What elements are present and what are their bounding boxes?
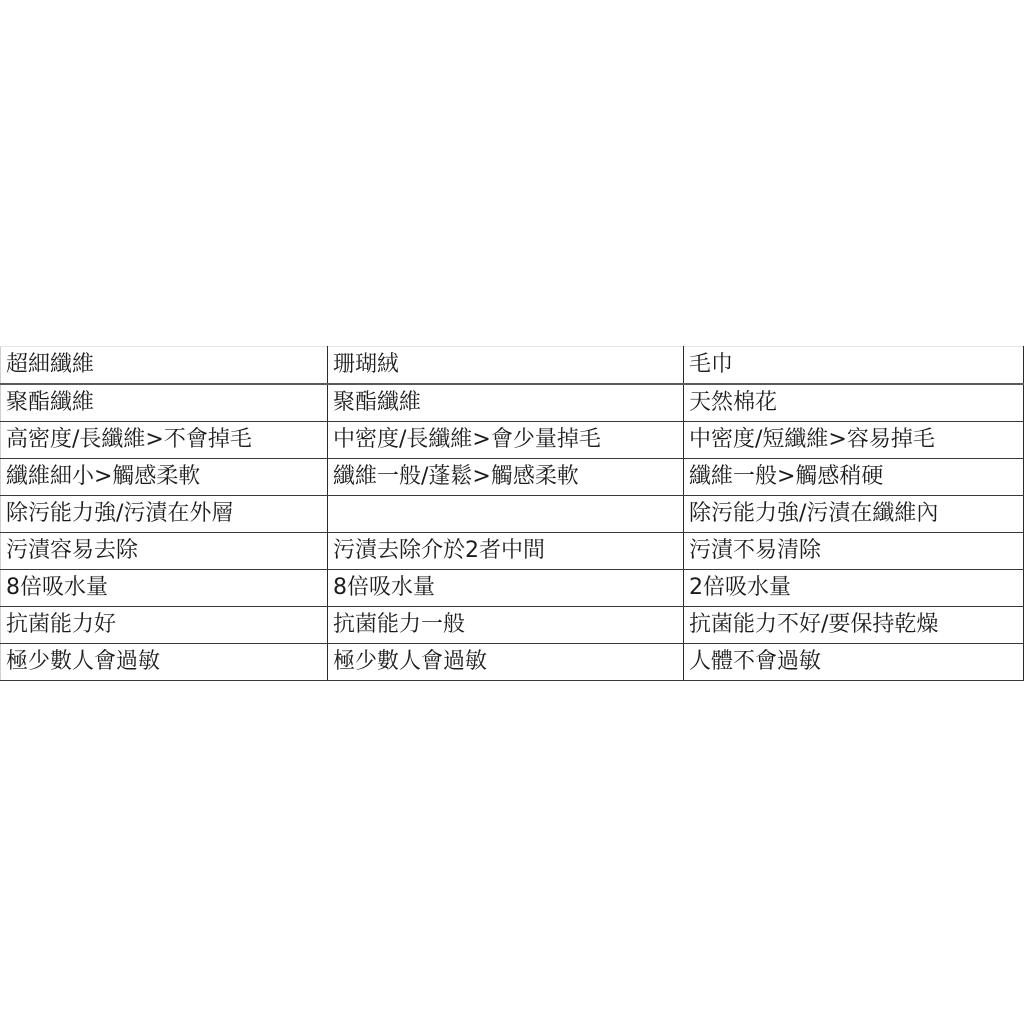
table-cell: 污漬不易清除 bbox=[684, 533, 1024, 570]
table-cell: 極少數人會過敏 bbox=[1, 644, 328, 681]
header-microfiber: 超細纖維 bbox=[1, 347, 328, 385]
table-cell: 抗菌能力好 bbox=[1, 607, 328, 644]
table-cell: 除污能力強/污漬在外層 bbox=[1, 496, 328, 533]
table-cell: 8倍吸水量 bbox=[1, 570, 328, 607]
table-cell: 天然棉花 bbox=[684, 384, 1024, 422]
table-row-absorbency: 8倍吸水量 8倍吸水量 2倍吸水量 bbox=[1, 570, 1024, 607]
table-cell: 2倍吸水量 bbox=[684, 570, 1024, 607]
table-cell: 極少數人會過敏 bbox=[328, 644, 684, 681]
table-cell: 污漬容易去除 bbox=[1, 533, 328, 570]
table-cell: 聚酯纖維 bbox=[1, 384, 328, 422]
table-cell: 抗菌能力不好/要保持乾燥 bbox=[684, 607, 1024, 644]
table-row-antibacterial: 抗菌能力好 抗菌能力一般 抗菌能力不好/要保持乾燥 bbox=[1, 607, 1024, 644]
table-cell: 中密度/短纖維>容易掉毛 bbox=[684, 422, 1024, 459]
table-cell: 除污能力強/污漬在纖維內 bbox=[684, 496, 1024, 533]
table-row-texture: 纖維細小>觸感柔軟 纖維一般/蓬鬆>觸感柔軟 纖維一般>觸感稍硬 bbox=[1, 459, 1024, 496]
table-cell: 聚酯纖維 bbox=[328, 384, 684, 422]
table-cell: 污漬去除介於2者中間 bbox=[328, 533, 684, 570]
table-cell: 8倍吸水量 bbox=[328, 570, 684, 607]
fabric-comparison-table: 超細纖維 珊瑚絨 毛巾 聚酯纖維 聚酯纖維 天然棉花 高密度/長纖維>不會掉毛 … bbox=[0, 346, 1024, 681]
table-header-row: 超細纖維 珊瑚絨 毛巾 bbox=[1, 347, 1024, 385]
table-cell bbox=[328, 496, 684, 533]
table-row-allergy: 極少數人會過敏 極少數人會過敏 人體不會過敏 bbox=[1, 644, 1024, 681]
header-coral-fleece: 珊瑚絨 bbox=[328, 347, 684, 385]
table-row-density: 高密度/長纖維>不會掉毛 中密度/長纖維>會少量掉毛 中密度/短纖維>容易掉毛 bbox=[1, 422, 1024, 459]
table-cell: 高密度/長纖維>不會掉毛 bbox=[1, 422, 328, 459]
table-cell: 中密度/長纖維>會少量掉毛 bbox=[328, 422, 684, 459]
table-cell: 纖維一般>觸感稍硬 bbox=[684, 459, 1024, 496]
table-cell: 纖維細小>觸感柔軟 bbox=[1, 459, 328, 496]
table-cell: 抗菌能力一般 bbox=[328, 607, 684, 644]
table-cell: 纖維一般/蓬鬆>觸感柔軟 bbox=[328, 459, 684, 496]
header-towel: 毛巾 bbox=[684, 347, 1024, 385]
table-row-material: 聚酯纖維 聚酯纖維 天然棉花 bbox=[1, 384, 1024, 422]
table-row-cleaning-power: 除污能力強/污漬在外層 除污能力強/污漬在纖維內 bbox=[1, 496, 1024, 533]
table-row-stain-removal: 污漬容易去除 污漬去除介於2者中間 污漬不易清除 bbox=[1, 533, 1024, 570]
table-cell: 人體不會過敏 bbox=[684, 644, 1024, 681]
comparison-table-container: 超細纖維 珊瑚絨 毛巾 聚酯纖維 聚酯纖維 天然棉花 高密度/長纖維>不會掉毛 … bbox=[0, 346, 1023, 681]
